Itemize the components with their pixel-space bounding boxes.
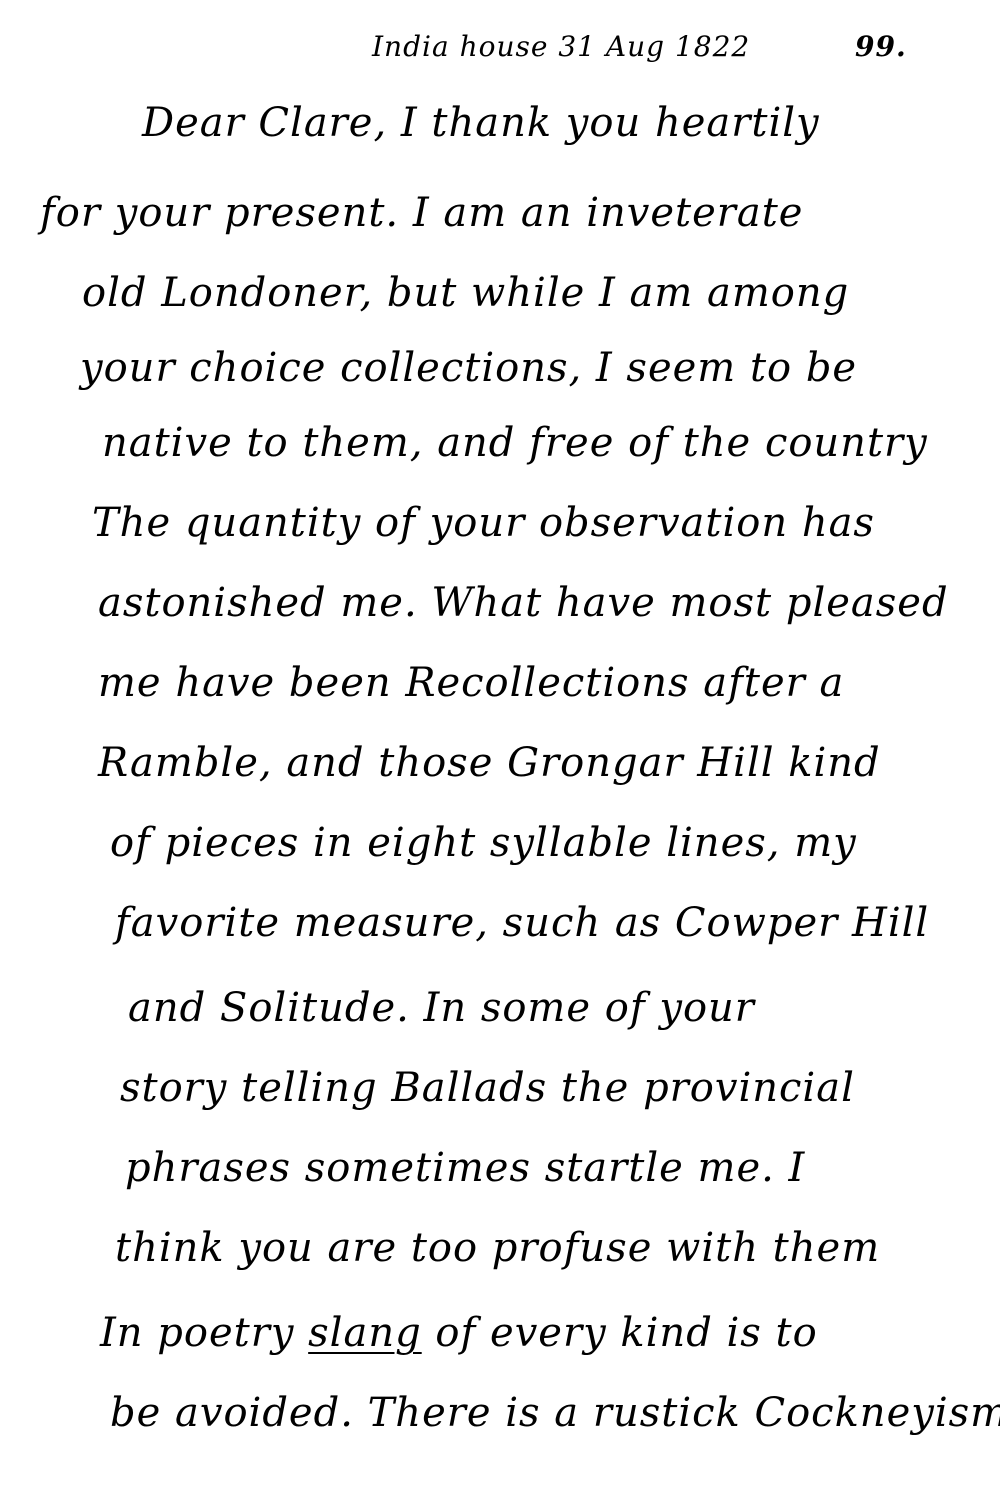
letter-line-7: astonished me. What have most pleased xyxy=(98,580,949,626)
manuscript-page: India house 31 Aug 1822 99. Dear Clare, … xyxy=(0,0,1000,1487)
letter-line-6: The quantity of your observation has xyxy=(92,500,875,546)
letter-line-5: native to them, and free of the country xyxy=(102,420,928,466)
letter-line-15: think you are too profuse with them xyxy=(115,1225,880,1271)
letter-line-14: phrases sometimes startle me. I xyxy=(125,1145,805,1191)
letter-line-10: of pieces in eight syllable lines, my xyxy=(110,820,857,866)
letter-line-3: old Londoner, but while I am among xyxy=(82,270,849,316)
letter-line-17: be avoided. There is a rustick Cockneyis… xyxy=(110,1390,1000,1436)
letter-line-11: favorite measure, such as Cowper Hill xyxy=(115,900,929,946)
underlined-word-slang: slang xyxy=(308,1310,422,1356)
line-16-end: of every kind is to xyxy=(435,1310,817,1356)
letter-line-4: your choice collections, I seem to be xyxy=(80,345,857,391)
line-16-start: In poetry xyxy=(100,1310,294,1356)
letter-line-8: me have been Recollections after a xyxy=(98,660,844,706)
letter-dateline: India house 31 Aug 1822 xyxy=(372,30,750,63)
letter-line-13: story telling Ballads the provincial xyxy=(120,1065,855,1111)
folio-number: 99. xyxy=(855,30,907,63)
letter-line-1: Dear Clare, I thank you heartily xyxy=(142,100,820,146)
letter-line-2: for your present. I am an inveterate xyxy=(40,190,803,236)
letter-line-16: In poetry slang of every kind is to xyxy=(100,1310,818,1356)
letter-line-9: Ramble, and those Grongar Hill kind xyxy=(98,740,881,786)
letter-line-12: and Solitude. In some of your xyxy=(128,985,755,1031)
